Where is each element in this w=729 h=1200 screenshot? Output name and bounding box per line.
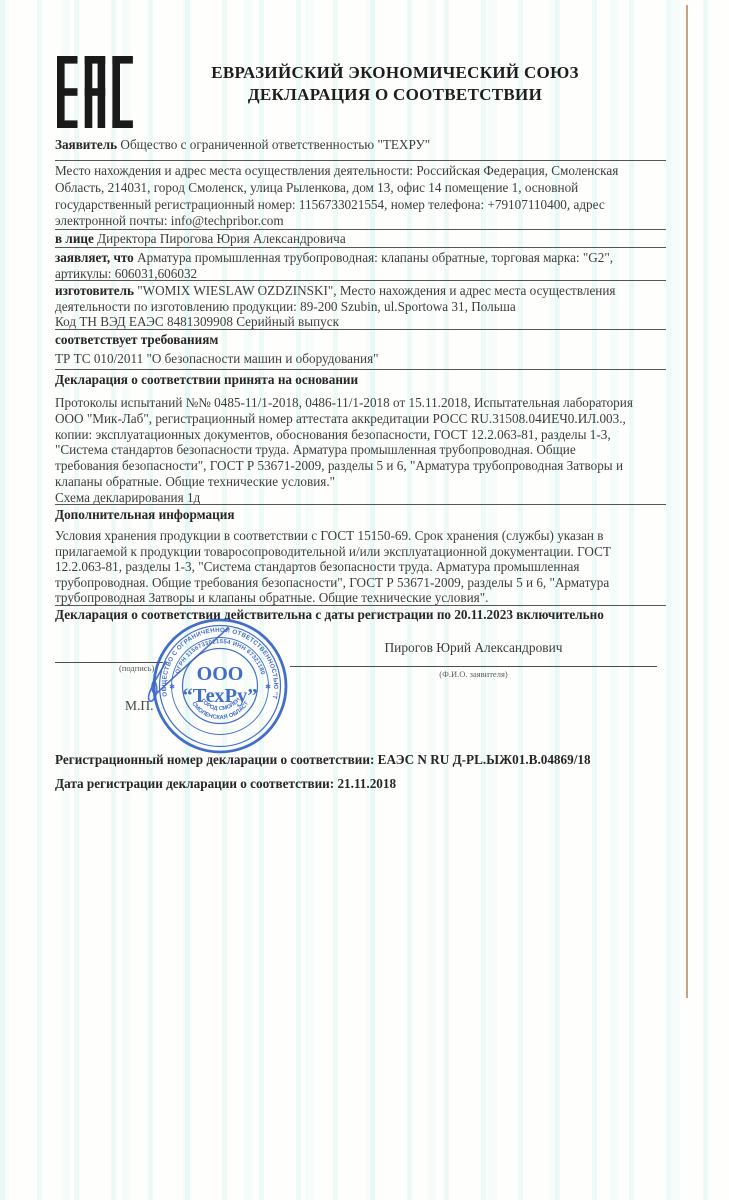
divider-2 [55, 229, 666, 230]
declares-value: Арматура промышленная трубопроводная: кл… [55, 250, 613, 281]
document-body: Заявитель Общество с ограниченной ответс… [55, 0, 667, 1200]
scan-edge-line [686, 5, 688, 998]
declares-label: заявляет, что [55, 250, 137, 265]
manufacturer-value: "WOMIX WIESLAW OZDZINSKI", Место нахожде… [55, 283, 616, 329]
address-paragraph: Место нахождения и адрес места осуществл… [55, 163, 667, 230]
applicant-name: Пирогов Юрий Александрович [290, 640, 657, 656]
registration-number-row: Регистрационный номер декларации о соотв… [55, 752, 667, 768]
fio-caption: (Ф.И.О. заявителя) [290, 669, 657, 679]
meets-value: ТР ТС 010/2011 "О безопасности машин и о… [55, 351, 667, 367]
declares-paragraph: заявляет, что Арматура промышленная труб… [55, 250, 667, 281]
in-person-value: Директора Пирогова Юрия Александровича [97, 231, 346, 246]
basis-paragraph: Протоколы испытаний №№ 0485-11/1-2018, 0… [55, 395, 667, 506]
in-person-row: в лице Директора Пирогова Юрия Александр… [55, 231, 667, 247]
divider-3 [55, 247, 666, 248]
divider-5 [55, 329, 666, 330]
in-person-label: в лице [55, 231, 97, 246]
manufacturer-paragraph: изготовитель "WOMIX WIESLAW OZDZINSKI", … [55, 283, 667, 330]
registration-date-row: Дата регистрации декларации о соответств… [55, 776, 667, 792]
additional-heading: Дополнительная информация [55, 507, 667, 523]
manufacturer-label: изготовитель [55, 283, 137, 298]
applicant-row: Заявитель Общество с ограниченной ответс… [55, 137, 667, 153]
divider-8 [55, 605, 666, 606]
name-line [290, 666, 657, 667]
stamp-star-right: ✱ [265, 683, 271, 691]
divider-7 [55, 504, 666, 505]
signature-stroke [132, 614, 242, 714]
applicant-label: Заявитель [55, 137, 120, 152]
additional-paragraph: Условия хранения продукции в соответстви… [55, 528, 667, 606]
meets-heading: соответствует требованиям [55, 332, 667, 348]
divider-6 [55, 369, 666, 370]
divider-1 [55, 160, 666, 161]
applicant-value: Общество с ограниченной ответственностью… [120, 137, 430, 152]
basis-heading: Декларация о соответствии принята на осн… [55, 372, 667, 388]
divider-4 [55, 280, 666, 281]
